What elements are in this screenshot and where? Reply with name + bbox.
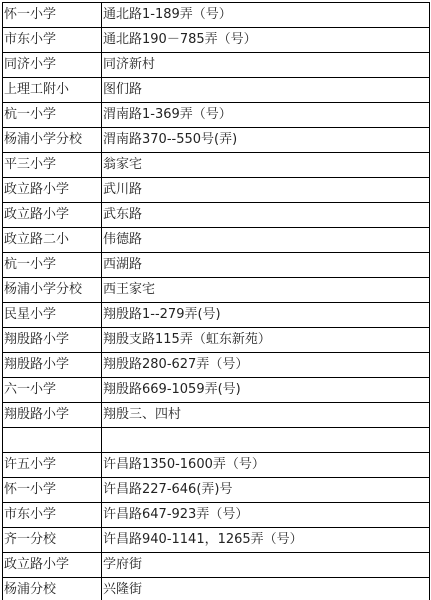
address-cell: 西王家宅 [102,278,430,303]
table-row: 杨浦小学分校渭南路370--550号(弄) [3,128,430,153]
school-cell: 杨浦分校 [3,578,102,600]
school-cell: 翔殷路小学 [3,403,102,428]
school-cell: 政立路小学 [3,203,102,228]
school-cell: 怀一小学 [3,3,102,28]
school-cell: 市东小学 [3,503,102,528]
address-cell: 武川路 [102,178,430,203]
school-cell: 杨浦小学分校 [3,278,102,303]
address-cell: 西湖路 [102,253,430,278]
school-cell: 许五小学 [3,453,102,478]
address-cell: 翔殷路669-1059弄(号) [102,378,430,403]
table-row: 市东小学通北路190－785弄（号） [3,28,430,53]
school-cell: 政立路小学 [3,553,102,578]
table-row: 许五小学许昌路1350-1600弄（号） [3,453,430,478]
table-row: 杨浦小学分校西王家宅 [3,278,430,303]
address-cell: 武东路 [102,203,430,228]
address-cell: 渭南路1-369弄（号） [102,103,430,128]
school-cell: 怀一小学 [3,478,102,503]
address-cell: 通北路1-189弄（号） [102,3,430,28]
address-cell: 伟德路 [102,228,430,253]
school-cell: 齐一分校 [3,528,102,553]
table-row: 同济小学同济新村 [3,53,430,78]
address-cell: 同济新村 [102,53,430,78]
table-row: 平三小学翁家宅 [3,153,430,178]
school-cell: 市东小学 [3,28,102,53]
table-row: 政立路小学学府街 [3,553,430,578]
address-cell: 兴隆街 [102,578,430,600]
address-cell: 渭南路370--550号(弄) [102,128,430,153]
school-cell: 杨浦小学分校 [3,128,102,153]
table-row: 翔殷路小学翔殷三、四村 [3,403,430,428]
address-cell: 翔殷路280-627弄（号） [102,353,430,378]
table-row: 六一小学翔殷路669-1059弄(号) [3,378,430,403]
table-row-empty [3,428,430,453]
school-cell: 政立路二小 [3,228,102,253]
table-row: 民星小学翔殷路1--279弄(号) [3,303,430,328]
address-cell: 翁家宅 [102,153,430,178]
table-row: 政立路小学武川路 [3,178,430,203]
school-cell: 同济小学 [3,53,102,78]
school-cell: 六一小学 [3,378,102,403]
address-cell: 许昌路227-646(弄)号 [102,478,430,503]
address-cell: 许昌路647-923弄（号） [102,503,430,528]
table-row: 杭一小学渭南路1-369弄（号） [3,103,430,128]
table-row: 翔殷路小学翔殷路280-627弄（号） [3,353,430,378]
school-cell: 杭一小学 [3,253,102,278]
address-cell: 翔殷支路115弄（虹东新苑） [102,328,430,353]
school-cell: 平三小学 [3,153,102,178]
address-cell: 许昌路940-1141，1265弄（号） [102,528,430,553]
table-row: 政立路小学武东路 [3,203,430,228]
school-cell: 民星小学 [3,303,102,328]
table-row: 怀一小学通北路1-189弄（号） [3,3,430,28]
address-cell [102,428,430,453]
table-row: 市东小学许昌路647-923弄（号） [3,503,430,528]
table-row: 政立路二小伟德路 [3,228,430,253]
address-cell: 通北路190－785弄（号） [102,28,430,53]
school-address-table: 怀一小学通北路1-189弄（号） 市东小学通北路190－785弄（号） 同济小学… [2,2,430,600]
school-cell: 翔殷路小学 [3,353,102,378]
school-cell: 上理工附小 [3,78,102,103]
school-cell: 杭一小学 [3,103,102,128]
school-cell: 政立路小学 [3,178,102,203]
table-row: 杨浦分校兴隆街 [3,578,430,600]
address-cell: 许昌路1350-1600弄（号） [102,453,430,478]
table-row: 翔殷路小学翔殷支路115弄（虹东新苑） [3,328,430,353]
school-cell [3,428,102,453]
table-row: 齐一分校许昌路940-1141，1265弄（号） [3,528,430,553]
school-cell: 翔殷路小学 [3,328,102,353]
table-row: 怀一小学许昌路227-646(弄)号 [3,478,430,503]
address-cell: 翔殷三、四村 [102,403,430,428]
table-row: 上理工附小图们路 [3,78,430,103]
table-row: 杭一小学西湖路 [3,253,430,278]
address-cell: 翔殷路1--279弄(号) [102,303,430,328]
table-body: 怀一小学通北路1-189弄（号） 市东小学通北路190－785弄（号） 同济小学… [3,3,430,600]
address-cell: 学府街 [102,553,430,578]
address-cell: 图们路 [102,78,430,103]
